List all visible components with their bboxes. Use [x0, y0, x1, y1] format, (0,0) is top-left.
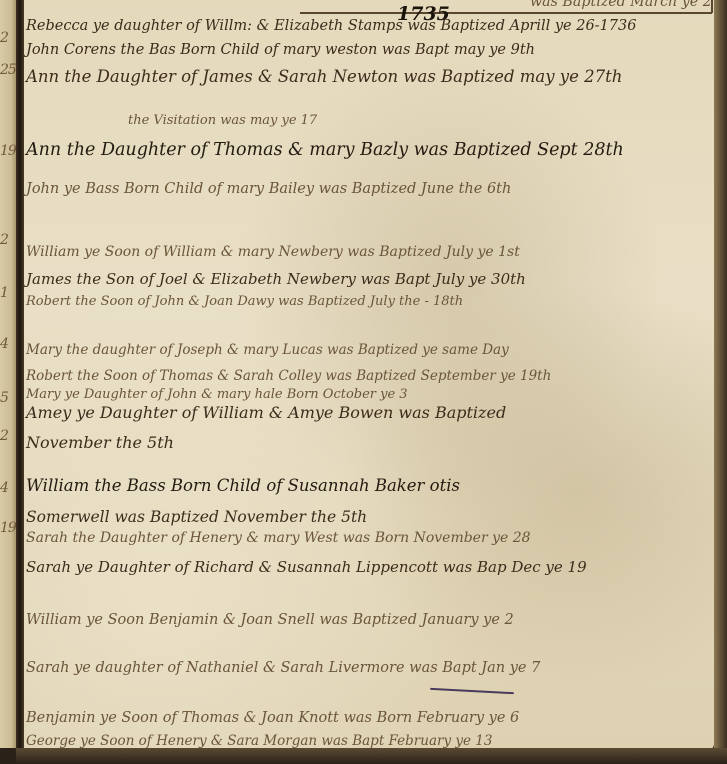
register-entry: Sarah ye Daughter of Richard & Susannah …	[26, 558, 587, 576]
register-entry: George ye Soon of Henery & Sara Morgan w…	[26, 733, 492, 749]
register-entry: Somerwell was Baptized November the 5th	[26, 508, 367, 526]
register-entry: Rebecca ye daughter of Willm: & Elizabet…	[26, 18, 636, 34]
previous-page-edge: 2 25 19 2 1 4 5 2 4 19	[0, 0, 16, 748]
register-entry: Benjamin ye Soon of Thomas & Joan Knott …	[26, 710, 519, 726]
register-entry: Robert the Soon of Thomas & Sarah Colley…	[26, 368, 551, 384]
margin-number: 1	[0, 285, 8, 301]
register-entry: Amey ye Daughter of William & Amye Bowen…	[26, 403, 506, 422]
margin-number: 19	[0, 143, 16, 159]
register-entry: William ye Soon of William & mary Newber…	[26, 244, 520, 260]
register-entry: Sarah the Daughter of Henery & mary West…	[26, 530, 531, 546]
register-scan: 2 25 19 2 1 4 5 2 4 19 was Baptized Marc…	[0, 0, 727, 764]
margin-number: 2	[0, 428, 8, 444]
register-entry: Ann the Daughter of James & Sarah Newton…	[26, 67, 622, 86]
page-bottom-edge	[16, 748, 727, 764]
register-note: the Visitation was may ye 17	[128, 113, 317, 128]
page-edge	[714, 0, 727, 764]
register-entry: November the 5th	[26, 433, 174, 452]
register-entry: Robert the Soon of John & Joan Dawy was …	[26, 294, 463, 309]
register-entry: William ye Soon Benjamin & Joan Snell wa…	[26, 612, 514, 628]
margin-number: 4	[0, 336, 8, 352]
register-entry: William the Bass Born Child of Susannah …	[26, 476, 460, 495]
register-entry: Sarah ye daughter of Nathaniel & Sarah L…	[26, 660, 540, 676]
register-entry: James the Son of Joel & Elizabeth Newber…	[26, 270, 526, 288]
margin-number: 2	[0, 232, 8, 248]
register-entry: Ann the Daughter of Thomas & mary Bazly …	[26, 140, 624, 160]
margin-number: 25	[0, 62, 16, 78]
margin-number: 5	[0, 390, 8, 406]
margin-number: 4	[0, 480, 8, 496]
register-entry: John Corens the Bas Born Child of mary w…	[26, 42, 535, 58]
register-entry: Mary ye Daughter of John & mary hale Bor…	[26, 387, 408, 402]
register-entry: Mary the daughter of Joseph & mary Lucas…	[26, 342, 509, 358]
margin-number: 19	[0, 520, 16, 536]
header-rule	[300, 12, 712, 14]
binding-gutter	[16, 0, 24, 764]
margin-number: 2	[0, 30, 8, 46]
partial-entry-top: was Baptized March ye 2	[530, 0, 712, 10]
register-entry: John ye Bass Born Child of mary Bailey w…	[26, 181, 511, 197]
